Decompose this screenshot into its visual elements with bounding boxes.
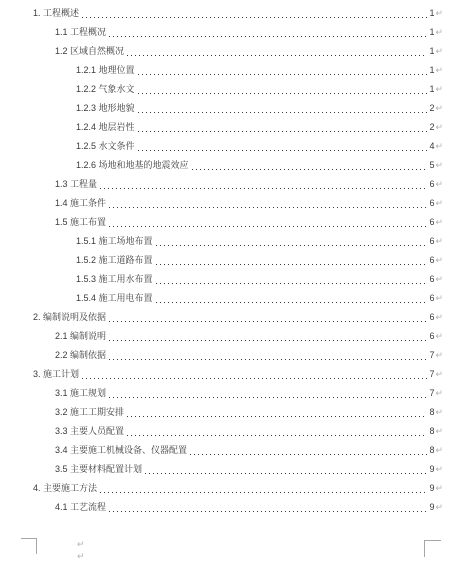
page-number: 6 bbox=[429, 213, 434, 232]
toc-entry[interactable]: 1.5.3 施工用水布置 6 ↵ bbox=[0, 270, 443, 289]
paragraph-mark-icon: ↵ bbox=[435, 232, 443, 251]
dot-leader bbox=[127, 55, 427, 56]
paragraph-mark-icon: ↵ bbox=[435, 175, 443, 194]
paragraph-mark-icon: ↵ bbox=[435, 460, 443, 479]
paragraph-mark-icon: ↵ bbox=[435, 441, 443, 460]
paragraph-mark-icon: ↵ bbox=[77, 538, 85, 550]
toc-entry-label: 1.2.6 场地和地基的地震效应 bbox=[76, 156, 189, 175]
toc-entry-label: 1.5.1 施工场地布置 bbox=[76, 232, 153, 251]
dot-leader bbox=[82, 378, 427, 379]
toc-entry[interactable]: 1.2.4 地层岩性 2 ↵ bbox=[0, 118, 443, 137]
page-number: 4 bbox=[429, 137, 434, 156]
paragraph-mark-icon: ↵ bbox=[435, 42, 443, 61]
dot-leader bbox=[156, 302, 428, 303]
paragraph-mark-icon: ↵ bbox=[435, 80, 443, 99]
toc-entry[interactable]: 1.5.2 施工道路布置 6 ↵ bbox=[0, 251, 443, 270]
page-number: 6 bbox=[429, 289, 434, 308]
toc-entry[interactable]: 1.5.1 施工场地布置 6 ↵ bbox=[0, 232, 443, 251]
toc-entry[interactable]: 3.3 主要人员配置 8 ↵ bbox=[0, 422, 443, 441]
toc-entry-label: 1.5.2 施工道路布置 bbox=[76, 251, 153, 270]
toc-entry[interactable]: 1.2.6 场地和地基的地震效应 5 ↵ bbox=[0, 156, 443, 175]
dot-leader bbox=[109, 359, 427, 360]
toc-entry[interactable]: 4.1 工艺流程 9 ↵ bbox=[0, 498, 443, 517]
toc-entry-label: 3.5 主要材料配置计划 bbox=[55, 460, 142, 479]
paragraph-mark-icon: ↵ bbox=[435, 251, 443, 270]
paragraph-mark-icon: ↵ bbox=[435, 365, 443, 384]
dot-leader bbox=[127, 416, 427, 417]
toc-entry-label: 4.1 工艺流程 bbox=[55, 498, 106, 517]
document-page: 1. 工程概述 1 ↵ 1.1 工程概况 1 ↵ 1.2 区域自然概况 1 ↵ … bbox=[0, 0, 463, 577]
toc-entry-label: 4. 主要施工方法 bbox=[33, 479, 97, 498]
dot-leader bbox=[145, 473, 427, 474]
toc-entry[interactable]: 2. 编制说明及依据 6 ↵ bbox=[0, 308, 443, 327]
paragraph-mark-icon: ↵ bbox=[435, 137, 443, 156]
paragraph-mark-icon: ↵ bbox=[435, 422, 443, 441]
toc-entry-label: 1.4 施工条件 bbox=[55, 194, 106, 213]
toc-entry[interactable]: 3. 施工计划 7 ↵ bbox=[0, 365, 443, 384]
toc-entry-label: 1.2.1 地理位置 bbox=[76, 61, 135, 80]
page-number: 1 bbox=[429, 23, 434, 42]
paragraph-mark-icon: ↵ bbox=[435, 156, 443, 175]
dot-leader bbox=[109, 321, 427, 322]
page-number: 6 bbox=[429, 175, 434, 194]
toc-entry-label: 1.5.3 施工用水布置 bbox=[76, 270, 153, 289]
toc-entry-label: 1.2.3 地形地貌 bbox=[76, 99, 135, 118]
toc-entry[interactable]: 1.2.5 水文条件 4 ↵ bbox=[0, 137, 443, 156]
dot-leader bbox=[109, 397, 427, 398]
dot-leader bbox=[82, 17, 427, 18]
paragraph-mark-icon: ↵ bbox=[435, 4, 443, 23]
dot-leader bbox=[156, 245, 428, 246]
toc-entry[interactable]: 1.3 工程量 6 ↵ bbox=[0, 175, 443, 194]
paragraph-mark-icon: ↵ bbox=[77, 550, 85, 562]
page-number: 6 bbox=[429, 327, 434, 346]
paragraph-mark-icon: ↵ bbox=[435, 194, 443, 213]
page-number: 1 bbox=[429, 61, 434, 80]
toc-entry[interactable]: 3.5 主要材料配置计划 9 ↵ bbox=[0, 460, 443, 479]
paragraph-mark-icon: ↵ bbox=[435, 289, 443, 308]
page-number: 1 bbox=[429, 80, 434, 99]
page-number: 6 bbox=[429, 308, 434, 327]
dot-leader bbox=[156, 283, 428, 284]
dot-leader bbox=[100, 188, 427, 189]
toc-entry[interactable]: 3.2 施工工期安排 8 ↵ bbox=[0, 403, 443, 422]
toc-entry-label: 1.5.4 施工用电布置 bbox=[76, 289, 153, 308]
toc-entry-label: 3.1 施工规划 bbox=[55, 384, 106, 403]
paragraph-mark-icon: ↵ bbox=[435, 498, 443, 517]
toc-entry[interactable]: 1.2 区域自然概况 1 ↵ bbox=[0, 42, 443, 61]
page-number: 2 bbox=[429, 99, 434, 118]
toc-entry-label: 3.4 主要施工机械设备、仪器配置 bbox=[55, 441, 187, 460]
toc-entry-label: 1.2.5 水文条件 bbox=[76, 137, 135, 156]
toc-entry[interactable]: 1.2.2 气象水文 1 ↵ bbox=[0, 80, 443, 99]
dot-leader bbox=[156, 264, 428, 265]
page-number: 1 bbox=[429, 42, 434, 61]
dot-leader bbox=[127, 435, 427, 436]
page-number: 6 bbox=[429, 194, 434, 213]
toc-entry[interactable]: 1.4 施工条件 6 ↵ bbox=[0, 194, 443, 213]
toc-entry-label: 2.1 编制说明 bbox=[55, 327, 106, 346]
paragraph-mark-icon: ↵ bbox=[435, 308, 443, 327]
paragraph-mark-icon: ↵ bbox=[435, 270, 443, 289]
page-number: 7 bbox=[429, 384, 434, 403]
page-number: 5 bbox=[429, 156, 434, 175]
toc-entry-label: 1.3 工程量 bbox=[55, 175, 97, 194]
paragraph-mark-icon: ↵ bbox=[435, 23, 443, 42]
toc-entry[interactable]: 1.2.3 地形地貌 2 ↵ bbox=[0, 99, 443, 118]
toc-entry[interactable]: 2.2 编制依据 7 ↵ bbox=[0, 346, 443, 365]
toc-entry-label: 2. 编制说明及依据 bbox=[33, 308, 106, 327]
paragraph-mark-icon: ↵ bbox=[435, 384, 443, 403]
toc-entry[interactable]: 1. 工程概述 1 ↵ bbox=[0, 4, 443, 23]
toc-entry-label: 1.2.2 气象水文 bbox=[76, 80, 135, 99]
page-number: 8 bbox=[429, 403, 434, 422]
page-number: 8 bbox=[429, 441, 434, 460]
dot-leader bbox=[109, 511, 427, 512]
page-number: 9 bbox=[429, 479, 434, 498]
toc-entry[interactable]: 4. 主要施工方法 9 ↵ bbox=[0, 479, 443, 498]
dot-leader bbox=[138, 150, 428, 151]
toc-entry-label: 3. 施工计划 bbox=[33, 365, 79, 384]
toc-entry[interactable]: 1.1 工程概况 1 ↵ bbox=[0, 23, 443, 42]
dot-leader bbox=[192, 169, 428, 170]
toc-entry-label: 3.2 施工工期安排 bbox=[55, 403, 124, 422]
crop-mark-bottom-right-icon bbox=[424, 540, 441, 557]
page-number: 6 bbox=[429, 270, 434, 289]
page-number: 1 bbox=[429, 4, 434, 23]
page-number: 7 bbox=[429, 346, 434, 365]
toc-entry[interactable]: 1.5 施工布置 6 ↵ bbox=[0, 213, 443, 232]
toc-entry[interactable]: 2.1 编制说明 6 ↵ bbox=[0, 327, 443, 346]
paragraph-mark-icon: ↵ bbox=[435, 327, 443, 346]
toc-entry[interactable]: 3.1 施工规划 7 ↵ bbox=[0, 384, 443, 403]
page-number: 6 bbox=[429, 232, 434, 251]
table-of-contents: 1. 工程概述 1 ↵ 1.1 工程概况 1 ↵ 1.2 区域自然概况 1 ↵ … bbox=[0, 4, 443, 517]
toc-entry[interactable]: 3.4 主要施工机械设备、仪器配置 8 ↵ bbox=[0, 441, 443, 460]
toc-entry[interactable]: 1.2.1 地理位置 1 ↵ bbox=[0, 61, 443, 80]
dot-leader bbox=[138, 74, 428, 75]
dot-leader bbox=[109, 226, 427, 227]
paragraph-mark-icon: ↵ bbox=[435, 99, 443, 118]
paragraph-mark-icon: ↵ bbox=[435, 403, 443, 422]
page-number: 9 bbox=[429, 498, 434, 517]
dot-leader bbox=[138, 131, 428, 132]
dot-leader bbox=[109, 207, 427, 208]
paragraph-mark-icon: ↵ bbox=[435, 346, 443, 365]
empty-paragraph-marks: ↵ ↵ bbox=[77, 538, 85, 562]
paragraph-mark-icon: ↵ bbox=[435, 118, 443, 137]
toc-entry-label: 1.1 工程概况 bbox=[55, 23, 106, 42]
paragraph-mark-icon: ↵ bbox=[435, 213, 443, 232]
toc-entry-label: 2.2 编制依据 bbox=[55, 346, 106, 365]
dot-leader bbox=[138, 112, 428, 113]
page-number: 6 bbox=[429, 251, 434, 270]
dot-leader bbox=[109, 340, 427, 341]
page-number: 2 bbox=[429, 118, 434, 137]
toc-entry-label: 1. 工程概述 bbox=[33, 4, 79, 23]
page-number: 9 bbox=[429, 460, 434, 479]
crop-mark-bottom-left-icon bbox=[21, 538, 37, 554]
paragraph-mark-icon: ↵ bbox=[435, 61, 443, 80]
toc-entry-label: 1.2 区域自然概况 bbox=[55, 42, 124, 61]
page-number: 7 bbox=[429, 365, 434, 384]
dot-leader bbox=[190, 454, 427, 455]
toc-entry[interactable]: 1.5.4 施工用电布置 6 ↵ bbox=[0, 289, 443, 308]
toc-entry-label: 1.5 施工布置 bbox=[55, 213, 106, 232]
toc-entry-label: 3.3 主要人员配置 bbox=[55, 422, 124, 441]
paragraph-mark-icon: ↵ bbox=[435, 479, 443, 498]
toc-entry-label: 1.2.4 地层岩性 bbox=[76, 118, 135, 137]
dot-leader bbox=[138, 93, 428, 94]
page-number: 8 bbox=[429, 422, 434, 441]
dot-leader bbox=[100, 492, 427, 493]
dot-leader bbox=[109, 36, 427, 37]
